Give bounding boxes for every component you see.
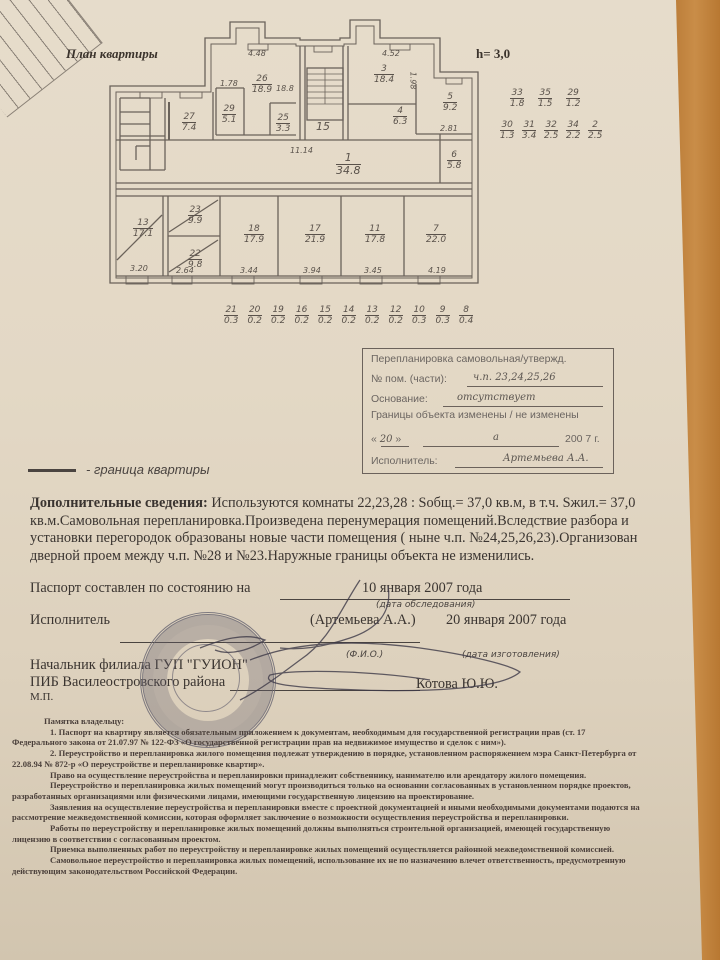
room-4-label: 46.3 [393,106,407,127]
make-date: 20 января 2007 года [446,612,566,629]
executor-label: Исполнитель [30,612,110,629]
bottom-fraction: 130.2 [365,305,379,326]
dim-label: 4.19 [428,266,446,275]
bottom-fraction: 190.2 [271,305,285,326]
memo-paragraph: Переустройство и перепланировка жилых по… [12,780,642,801]
exam-date: 10 января 2007 года [362,580,482,597]
side-fraction: 331.8 [510,88,524,109]
memo-paragraph: 2. Переустройство и перепланировка жилог… [12,748,642,769]
bottom-fraction: 160.2 [295,305,309,326]
room-6-label: 65.8 [447,150,461,171]
owner-memo: Памятка владельцу: 1. Паспорт на квартир… [12,716,642,877]
additional-info-heading: Дополнительные сведения: [30,495,208,511]
side-fraction: 342.2 [566,120,580,141]
side-fraction: 22.5 [588,120,602,141]
bottom-fraction: 210.3 [224,305,238,326]
room-26-label: 2618.9 [252,74,272,95]
dim-label: 4.52 [382,49,400,58]
additional-info: Дополнительные сведения: Используются ко… [30,495,640,565]
make-date-caption: (дата изготовления) [462,650,560,660]
stamp-rooms-label: № пом. (части): [371,373,447,385]
dim-label: 3.20 [130,264,148,273]
stamp-title: Перепланировка самовольная/утвержд. [371,353,567,365]
stamp-bounds: Границы объекта изменены / не изменены [371,409,579,421]
stamp-date: « 20 » [371,433,401,445]
room-11-label: 1117.8 [365,224,385,245]
memo-paragraph: Самовольное переустройство и перепланиро… [12,855,642,876]
dim-label: 3.44 [240,266,258,275]
executor-name: (Артемьева А.А.) [310,612,416,629]
dim-label: 3.94 [303,266,321,275]
seal-emblem [172,644,240,712]
bottom-fraction: 100.3 [412,305,426,326]
passport-date-label: Паспорт составлен по состоянию на [30,580,250,597]
bottom-fraction: 150.2 [318,305,332,326]
fio-caption: (Ф.И.О.) [346,650,383,660]
room-29-label: 295.1 [222,104,236,125]
side-fraction: 322.5 [544,120,558,141]
side-fraction: 313.4 [522,120,536,141]
bottom-fraction: 80.4 [459,305,473,326]
side-fraction: 301.3 [500,120,514,141]
dim-label: 1.98 [408,72,417,90]
room-23-label: 239.9 [188,205,202,226]
dim-label: 11.14 [290,146,313,155]
stamp-executor-value: Артемьева А.А. [503,453,589,464]
side-fraction: 351.5 [538,88,552,109]
stamp-rooms-value: ч.п. 23,24,25,26 [473,372,556,383]
dim-label: 2.81 [440,124,458,133]
stamp-place-mark: М.П. [30,691,53,703]
dim-label: 1.78 [220,79,238,88]
room-13-label: 1317.1 [133,218,153,239]
bottom-fraction: 200.2 [248,305,262,326]
stamp-year: 200 7 г. [565,433,600,445]
room-7-label: 722.0 [426,224,446,245]
room-15-stair-label: 15 [316,120,330,133]
room-25-label: 253.3 [276,113,290,134]
stamp-basis-value: отсутствует [457,392,536,403]
dim-label: 4.48 [248,49,266,58]
memo-paragraph: Приемка выполненных работ по переустройс… [12,844,642,855]
room-27-label: 277.4 [182,112,196,133]
memo-paragraph: 1. Паспорт на квартиру является обязател… [12,727,642,748]
bottom-fraction: 90.3 [436,305,450,326]
dim-label: 3.45 [364,266,382,275]
replanning-stamp: Перепланировка самовольная/утвержд. № по… [362,348,614,474]
document-page: План квартиры h= 3,0 [0,0,720,960]
memo-title: Памятка владельцу: [12,716,642,727]
memo-paragraph: Заявления на осуществление переустройств… [12,802,642,823]
stamp-executor-label: Исполнитель: [371,455,438,467]
exam-date-caption: (дата обследования) [376,600,475,610]
room-5-label: 59.2 [443,92,457,113]
apartment-border-legend: - граница квартиры [86,462,210,477]
room-18-label: 1817.9 [244,224,264,245]
stamp-month: а [493,432,499,443]
room-3-label: 318.4 [374,64,394,85]
side-fraction: 291.2 [566,88,580,109]
memo-paragraph: Право на осуществление переустройства и … [12,770,642,781]
bottom-fraction: 140.2 [342,305,356,326]
bottom-fraction: 120.2 [389,305,403,326]
room-1-corridor-label: 134.8 [336,152,361,177]
apartment-border-legend-line [28,469,76,472]
room-17-label: 1721.9 [305,224,325,245]
dim-label: 18.8 [276,84,294,93]
dim-label: 2.64 [176,266,194,275]
memo-paragraph: Работы по переустройству и перепланировк… [12,823,642,844]
chief-name: Котова Ю.Ю. [416,676,498,693]
stamp-basis-label: Основание: [371,393,428,405]
